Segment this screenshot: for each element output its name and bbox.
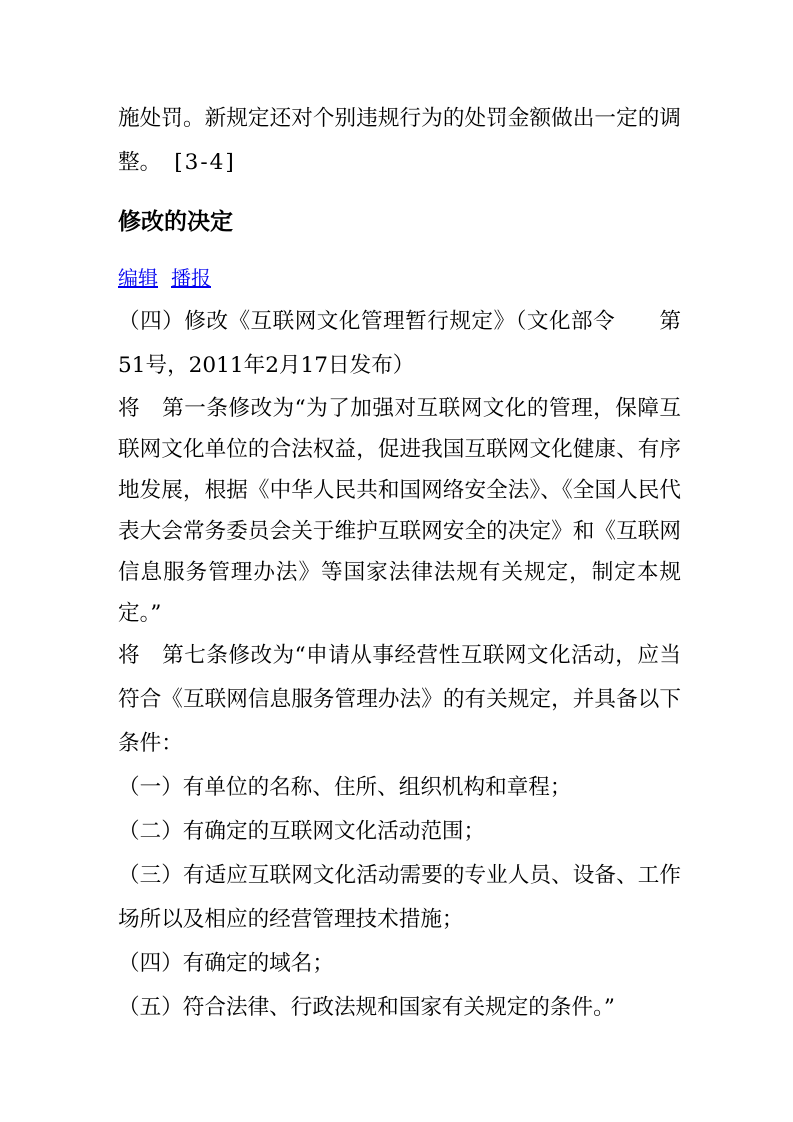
action-links: 编辑播报 (118, 256, 681, 300)
condition-1-paragraph: （一）有单位的名称、住所、组织机构和章程； (118, 766, 681, 810)
citation-ref: [3-4] (174, 150, 236, 175)
section-heading: 修改的决定 (118, 199, 681, 246)
edit-link[interactable]: 编辑 (118, 266, 158, 290)
condition-4-paragraph: （四）有确定的域名； (118, 942, 681, 986)
article-1-amendment-paragraph: 将 第一条修改为“为了加强对互联网文化的管理，保障互联网文化单位的合法权益，促进… (118, 388, 681, 634)
document-content: 施处罚。新规定还对个别违规行为的处罚金额做出一定的调整。[3-4] 修改的决定 … (118, 0, 681, 1030)
condition-3-paragraph: （三）有适应互联网文化活动需要的专业人员、设备、工作场所以及相应的经营管理技术措… (118, 854, 681, 942)
article-7-amendment-paragraph: 将 第七条修改为“申请从事经营性互联网文化活动，应当符合《互联网信息服务管理办法… (118, 634, 681, 766)
intro-paragraph: 施处罚。新规定还对个别违规行为的处罚金额做出一定的调整。[3-4] (118, 97, 681, 185)
document-page: 施处罚。新规定还对个别违规行为的处罚金额做出一定的调整。[3-4] 修改的决定 … (0, 0, 793, 1122)
condition-2-paragraph: （二）有确定的互联网文化活动范围； (118, 810, 681, 854)
broadcast-link[interactable]: 播报 (171, 266, 211, 290)
condition-5-paragraph: （五）符合法律、行政法规和国家有关规定的条件。” (118, 986, 681, 1030)
amendment-item-4-paragraph: （四）修改《互联网文化管理暂行规定》（文化部令 第51号，2011年2月17日发… (118, 300, 681, 388)
